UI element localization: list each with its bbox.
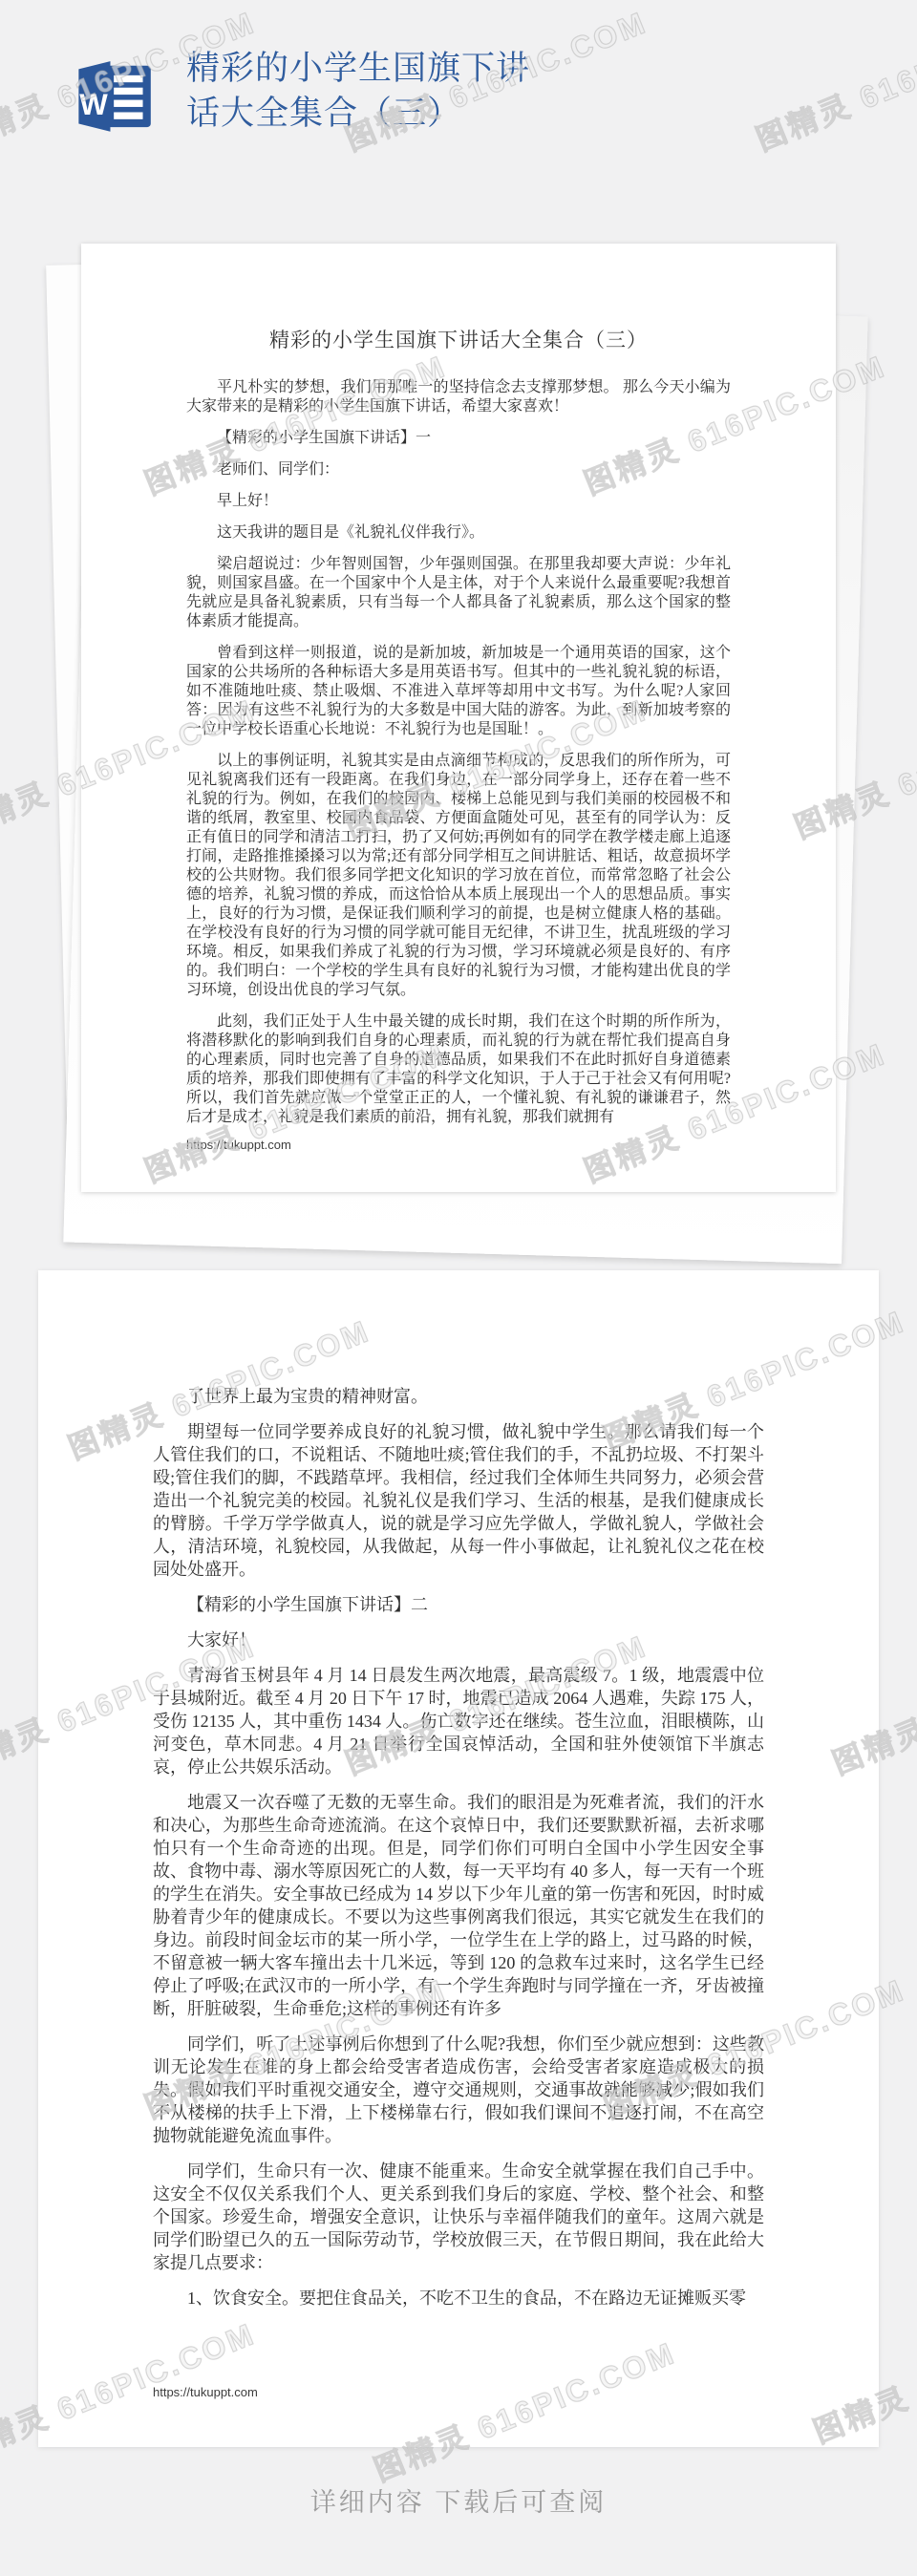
document-preview-screen: { "header": { "title_line1": "精彩的小学生国旗下讲… <box>0 0 917 2576</box>
source-url: https://tukuppt.com <box>186 1138 291 1152</box>
doc-paragraph: 梁启超说过：少年智则国智，少年强则国强。在那里我却要大声说：少年礼貌，则国家昌盛… <box>186 555 731 631</box>
doc-paragraph: 早上好！ <box>186 492 731 511</box>
doc-paragraph: 老师们、同学们： <box>186 460 731 479</box>
watermark-text: 图精灵 616PIC.COM <box>749 0 917 160</box>
page-title-line-1: 精彩的小学生国旗下讲 <box>186 46 530 91</box>
doc-paragraph: 大家好！ <box>153 1629 764 1651</box>
doc-paragraph: 1、饮食安全。要把住食品关，不吃不卫生的食品，不在路边无证摊贩买零 <box>153 2287 764 2310</box>
doc-paragraph: 以上的事例证明，礼貌其实是由点滴细节构成的，反思我们的所作所为，可见礼貌离我们还… <box>186 752 731 1000</box>
document-preview-page-2[interactable]: 了世界上最为宝贵的精神财富。 期望每一位同学要养成良好的礼貌习惯，做礼貌中学生。… <box>38 1270 879 2447</box>
doc-paragraph: 此刻，我们正处于人生中最关键的成长时期，我们在这个时期的所作所为，将潜移默化的影… <box>186 1012 731 1127</box>
word-letter: W <box>79 88 108 121</box>
document-header: W 精彩的小学生国旗下讲 话大全集合（三） <box>72 46 530 139</box>
page-title: 精彩的小学生国旗下讲 话大全集合（三） <box>186 46 530 136</box>
document-preview-page-1[interactable]: 精彩的小学生国旗下讲话大全集合（三） 平凡朴实的梦想，我们用那唯一的坚持信念去支… <box>81 244 836 1192</box>
doc-paragraph: 同学们，听了上述事例后你想到了什么呢?我想，你们至少就应想到：这些教训无论发生在… <box>153 2033 764 2147</box>
footer-note: 详细内容 下载后可查阅 <box>0 2481 917 2519</box>
doc-section-heading: 【精彩的小学生国旗下讲话】一 <box>186 429 731 448</box>
source-url: https://tukuppt.com <box>153 2385 258 2399</box>
page-title-line-2: 话大全集合（三） <box>186 91 530 136</box>
doc-paragraph: 期望每一位同学要养成良好的礼貌习惯，做礼貌中学生。那么请我们每一个人管住我们的口… <box>153 1420 764 1581</box>
doc-paragraph: 了世界上最为宝贵的精神财富。 <box>153 1385 764 1408</box>
doc-paragraph: 这天我讲的题目是《礼貌礼仪伴我行》。 <box>186 523 731 543</box>
doc-title: 精彩的小学生国旗下讲话大全集合（三） <box>186 325 731 353</box>
doc-paragraph: 同学们，生命只有一次、健康不能重来。生命安全就掌握在我们自己手中。这安全不仅仅关… <box>153 2160 764 2274</box>
word-file-icon: W <box>72 52 160 139</box>
doc-paragraph: 平凡朴实的梦想，我们用那唯一的坚持信念去支撑那梦想。 那么今天小编为大家带来的是… <box>186 378 731 416</box>
doc-paragraph: 青海省玉树县年 4 月 14 日晨发生两次地震，最高震级 7。1 级，地震震中位… <box>153 1664 764 1778</box>
doc-paragraph: 曾看到这样一则报道，说的是新加坡，新加坡是一个通用英语的国家，这个国家的公共场所… <box>186 644 731 739</box>
doc-section-heading: 【精彩的小学生国旗下讲话】二 <box>153 1593 764 1616</box>
doc-paragraph: 地震又一次吞噬了无数的无辜生命。我们的眼泪是为死难者流，我们的汗水和决心，为那些… <box>153 1791 764 2020</box>
